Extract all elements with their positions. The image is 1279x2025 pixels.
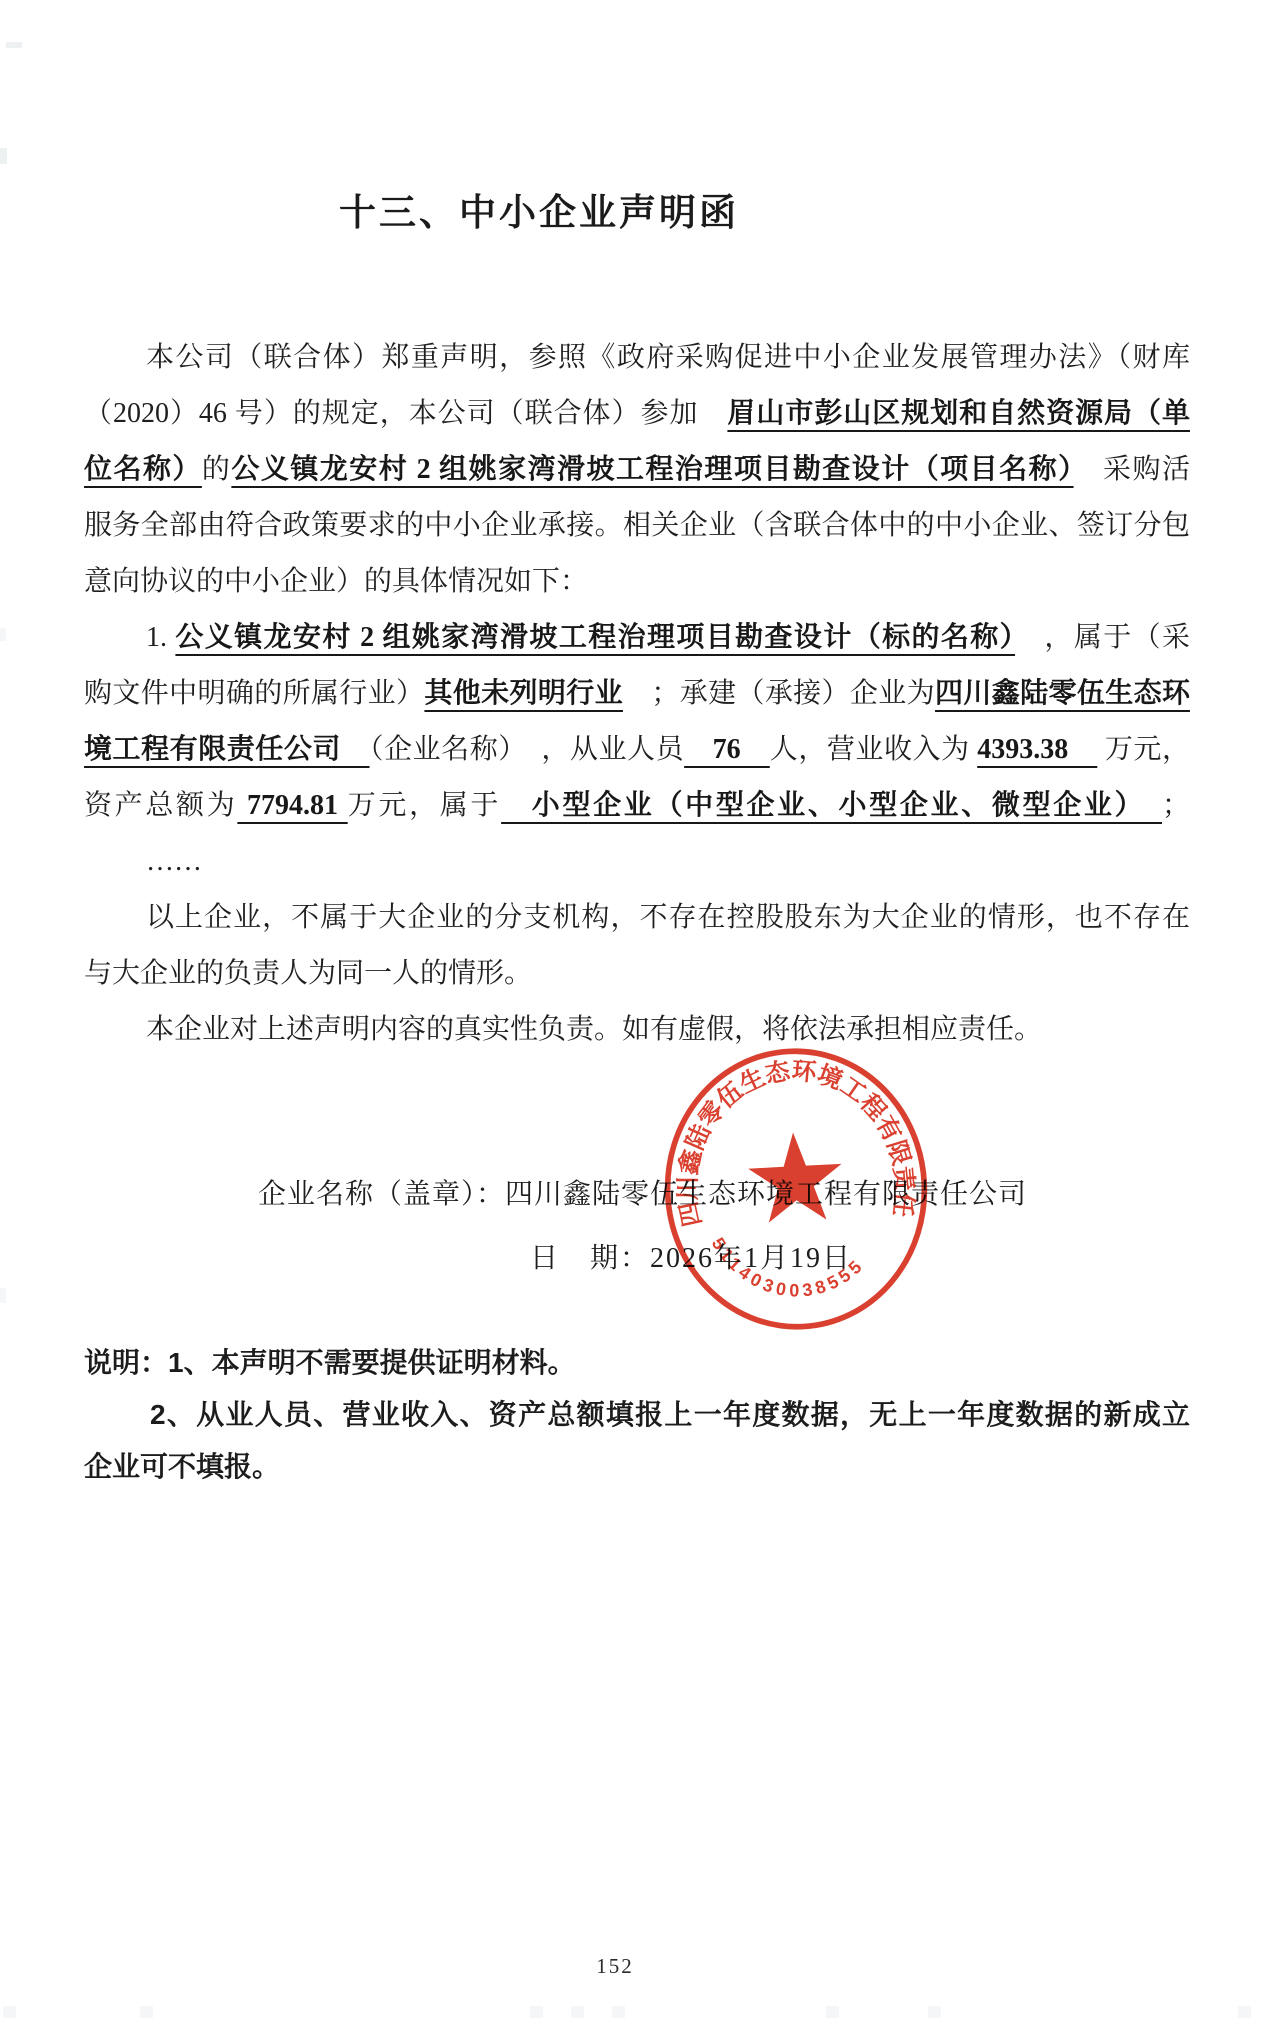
- scan-artifact: [0, 148, 7, 164]
- scan-artifact: [140, 2006, 153, 2018]
- text-line: 资产总额为 7794.81 万元，属于 小型企业（中型企业、小型企业、微型企业）…: [84, 778, 1190, 834]
- text-segment: 服务全部由符合政策要求的中小企业承接。相关企业（含联合体中的中小企业、签订分包: [84, 510, 1190, 541]
- underlined-field: 四川鑫陆零伍生态环: [935, 678, 1190, 709]
- text-segment: 万元，属于: [348, 790, 501, 821]
- underlined-field: 境工程有限责任公司: [84, 734, 370, 765]
- document-page: 十三、中小企业声明函 本公司（联合体）郑重声明，参照《政府采购促进中小企业发展管…: [0, 0, 1279, 2025]
- text-segment: 意向协议的中小企业）的具体情况如下：: [84, 566, 588, 597]
- text-line: 本公司（联合体）郑重声明，参照《政府采购促进中小企业发展管理办法》（财库: [84, 330, 1190, 386]
- text-segment: 1.: [146, 622, 175, 653]
- note-line-3: 企业可不填报。: [84, 1441, 1190, 1493]
- text-line: 以上企业，不属于大企业的分支机构，不存在控股股东为大企业的情形，也不存在: [84, 890, 1190, 946]
- scan-artifact: [826, 2006, 839, 2018]
- text-segment: ；承建（承接）企业为: [623, 678, 935, 709]
- text-line: 服务全部由符合政策要求的中小企业承接。相关企业（含联合体中的中小企业、签订分包: [84, 498, 1190, 554]
- text-segment: （2020）46 号）的规定，本公司（联合体）参加: [84, 398, 727, 429]
- text-line: 位名称）的公义镇龙安村 2 组姚家湾滑坡工程治理项目勘查设计（项目名称） 采购活…: [84, 442, 1190, 498]
- scan-artifact: [928, 2006, 941, 2018]
- underlined-field: 76: [684, 734, 770, 765]
- document-body: 本公司（联合体）郑重声明，参照《政府采购促进中小企业发展管理办法》（财库（202…: [84, 330, 1190, 1058]
- underlined-field: 7794.81: [237, 790, 347, 821]
- underlined-field: 公义镇龙安村 2 组姚家湾滑坡工程治理项目勘查设计（项目名称）: [231, 454, 1073, 485]
- text-line: ……: [84, 834, 1190, 890]
- scan-artifact: [6, 42, 22, 48]
- page-number: 152: [560, 1954, 670, 1979]
- text-segment: 人，营业收入为: [770, 734, 977, 765]
- text-segment: 以上企业，不属于大企业的分支机构，不存在控股股东为大企业的情形，也不存在: [146, 902, 1190, 933]
- underlined-field: 小型企业（中型企业、小型企业、微型企业）: [501, 790, 1162, 821]
- text-segment: （企业名称） ，从业人员: [370, 734, 685, 765]
- text-line: （2020）46 号）的规定，本公司（联合体）参加 眉山市彭山区规划和自然资源局…: [84, 386, 1190, 442]
- text-segment: 与大企业的负责人为同一人的情形。: [84, 958, 532, 989]
- signature-company-line: 企业名称（盖章）：四川鑫陆零伍生态环境工程有限责任公司: [258, 1172, 1027, 1212]
- scan-artifact: [530, 2006, 543, 2018]
- text-segment: 本企业对上述声明内容的真实性负责。如有虚假，将依法承担相应责任。: [146, 1014, 1042, 1045]
- notes-block: 说明：1、本声明不需要提供证明材料。 2、从业人员、营业收入、资产总额填报上一年…: [84, 1337, 1190, 1493]
- scan-artifact: [612, 2006, 625, 2018]
- underlined-field: 其他未列明行业: [424, 678, 623, 709]
- scan-artifact: [571, 2006, 584, 2018]
- text-segment: ，属于（采: [1015, 622, 1190, 653]
- text-line: 境工程有限责任公司 （企业名称） ，从业人员 76 人，营业收入为 4393.3…: [84, 722, 1190, 778]
- text-segment: 万元，: [1097, 734, 1190, 765]
- scan-artifact: [1238, 2006, 1251, 2018]
- text-segment: ；: [1162, 790, 1190, 821]
- note-line-2: 2、从业人员、营业收入、资产总额填报上一年度数据，无上一年度数据的新成立: [84, 1389, 1190, 1441]
- underlined-field: 4393.38: [977, 734, 1097, 765]
- text-line: 购文件中明确的所属行业）其他未列明行业 ；承建（承接）企业为四川鑫陆零伍生态环: [84, 666, 1190, 722]
- scan-artifact: [0, 1288, 6, 1303]
- underlined-field: 位名称）: [84, 454, 202, 485]
- document-title: 十三、中小企业声明函: [0, 182, 1092, 236]
- text-line: 与大企业的负责人为同一人的情形。: [84, 946, 1190, 1002]
- text-line: 意向协议的中小企业）的具体情况如下：: [84, 554, 1190, 610]
- text-segment: ……: [146, 846, 202, 877]
- text-line: 1. 公义镇龙安村 2 组姚家湾滑坡工程治理项目勘查设计（标的名称） ，属于（采: [84, 610, 1190, 666]
- text-line: 本企业对上述声明内容的真实性负责。如有虚假，将依法承担相应责任。: [84, 1002, 1190, 1058]
- note-line-1: 说明：1、本声明不需要提供证明材料。: [84, 1337, 1190, 1389]
- underlined-field: 眉山市彭山区规划和自然资源局（单: [727, 398, 1190, 429]
- text-segment: 资产总额为: [84, 790, 237, 821]
- scan-artifact: [0, 628, 6, 641]
- text-segment: 本公司（联合体）郑重声明，参照《政府采购促进中小企业发展管理办法》（财库: [146, 342, 1190, 373]
- signature-date-line: 日 期：2026年1月19日: [530, 1236, 852, 1276]
- text-segment: 购文件中明确的所属行业）: [84, 678, 424, 709]
- text-segment: 的: [202, 454, 231, 485]
- scan-artifact: [3, 2006, 16, 2018]
- underlined-field: 公义镇龙安村 2 组姚家湾滑坡工程治理项目勘查设计（标的名称）: [175, 622, 1015, 653]
